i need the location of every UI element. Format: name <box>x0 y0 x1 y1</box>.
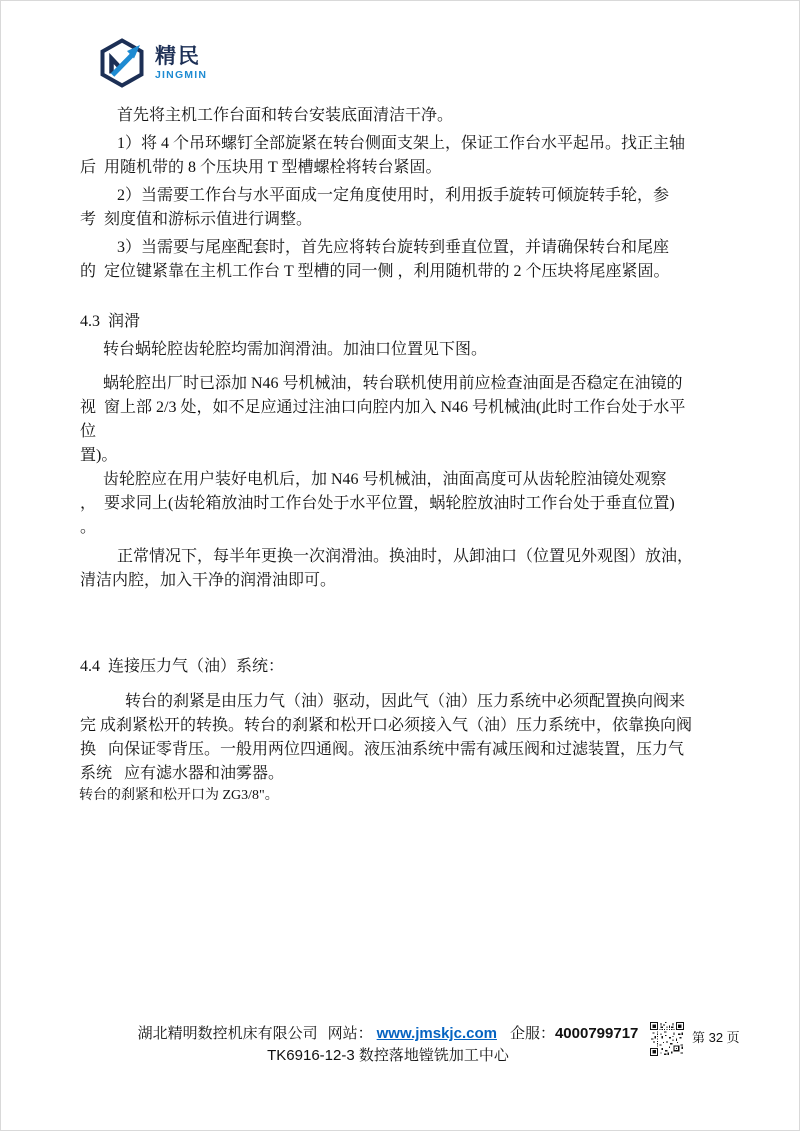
text-line: 2）当需要工作台与水平面成一定角度使用时，利用扳手旋转可倾旋转手轮，参 <box>80 184 728 208</box>
text-line: 视 窗上部 2/3 处，如不足应通过注油口向腔内加入 N46 号机械油(此时工作… <box>80 396 728 420</box>
manual-content: 首先将主机工作台面和转台安装底面清洁干净。 1）将 4 个吊环螺钉全部旋紧在转台… <box>80 104 728 810</box>
text-line: 3）当需要与尾座配套时，首先应将转台旋转到垂直位置，并请确保转台和尾座 <box>80 236 728 260</box>
text-line: 齿轮腔应在用户装好电机后，加 N46 号机械油，油面高度可从齿轮腔油镜处观察 <box>80 468 728 492</box>
logo-text-cn: 精民 <box>155 46 207 67</box>
text-line: 换 向保证零背压。一般用两位四通阀。液压油系统中需有减压阀和过滤装置，压力气 <box>80 738 728 762</box>
paragraph-step-2: 2）当需要工作台与水平面成一定角度使用时，利用扳手旋转可倾旋转手轮，参 考 刻度… <box>80 184 728 232</box>
text-line: 蜗轮腔出厂时已添加 N46 号机械油，转台联机使用前应检查油面是否稳定在油镜的 <box>80 372 728 396</box>
text-line: ， 要求同上(齿轮箱放油时工作台处于水平位置，蜗轮腔放油时工作台处于垂直位置) <box>80 492 728 516</box>
text-line: 。 <box>80 516 728 540</box>
text-line: 后 用随机带的 8 个压块用 T 型槽螺栓将转台紧固。 <box>80 156 728 180</box>
text-line: 系统 应有滤水器和油雾器。 <box>80 762 728 786</box>
section-heading-4-3: 4.3 润滑 <box>80 310 728 334</box>
text-line: 完 成刹紧松开的转换。转台的刹紧和松开口必须接入气（油）压力系统中，依靠换向阀 <box>80 714 728 738</box>
service-label: 企服： <box>510 1025 555 1042</box>
paragraph-gear-chamber-oil: 齿轮腔应在用户装好电机后，加 N46 号机械油，油面高度可从齿轮腔油镜处观察 ，… <box>80 468 728 540</box>
paragraph-port-size: 转台的刹紧和松开口为 ZG3/8"。 <box>79 786 728 806</box>
text-line: 的 定位键紧靠在主机工作台 T 型槽的同一侧 ，利用随机带的 2 个压块将尾座紧… <box>80 260 728 284</box>
text-line: 1）将 4 个吊环螺钉全部旋紧在转台侧面支架上，保证工作台水平起吊。找正主轴 <box>80 132 728 156</box>
text-line: 位 <box>80 420 728 444</box>
service-phone: 4000799717 <box>555 1025 638 1042</box>
paragraph-step-1: 1）将 4 个吊环螺钉全部旋紧在转台侧面支架上，保证工作台水平起吊。找正主轴 后… <box>80 132 728 180</box>
page-number: 第 32 页 <box>692 1027 740 1046</box>
text-line: 考 刻度值和游标示值进行调整。 <box>80 208 728 232</box>
company-name: 湖北精明数控机床有限公司 <box>138 1025 318 1042</box>
paragraph-worm-chamber-oil: 蜗轮腔出厂时已添加 N46 号机械油，转台联机使用前应检查油面是否稳定在油镜的 … <box>80 372 728 468</box>
document-page: 精民 JINGMIN 首先将主机工作台面和转台安装底面清洁干净。 1）将 4 个… <box>0 0 800 1131</box>
paragraph-lubrication-intro: 转台蜗轮腔齿轮腔均需加润滑油。加油口位置见下图。 <box>80 338 728 362</box>
text-line: 转台的刹紧和松开口为 ZG3/8"。 <box>79 786 728 806</box>
logo-text: 精民 JINGMIN <box>155 46 207 81</box>
text-line: 转台的刹紧是由压力气（油）驱动，因此气（油）压力系统中必须配置换向阀来 <box>80 690 728 714</box>
paragraph-step-3: 3）当需要与尾座配套时，首先应将转台旋转到垂直位置，并请确保转台和尾座 的 定位… <box>80 236 728 284</box>
logo-hexagon-icon <box>96 38 148 88</box>
text-line: 首先将主机工作台面和转台安装底面清洁干净。 <box>80 104 728 128</box>
text-line: 转台蜗轮腔齿轮腔均需加润滑油。加油口位置见下图。 <box>80 338 728 362</box>
text-line: 置)。 <box>80 444 728 468</box>
text-line: 清洁内腔，加入干净的润滑油即可。 <box>80 569 728 593</box>
section-heading-4-4: 4.4 连接压力气（油）系统： <box>80 655 728 679</box>
logo: 精民 JINGMIN <box>96 38 207 88</box>
website-label: 网站： <box>328 1025 373 1042</box>
page-footer: 湖北精明数控机床有限公司网站：www.jmskjc.com企服：40007997… <box>0 1024 800 1066</box>
website-link[interactable]: www.jmskjc.com <box>377 1025 497 1042</box>
paragraph-pressure-system: 转台的刹紧是由压力气（油）驱动，因此气（油）压力系统中必须配置换向阀来 完 成刹… <box>80 690 728 786</box>
qr-code <box>650 1022 684 1056</box>
paragraph-clean-surface: 首先将主机工作台面和转台安装底面清洁干净。 <box>80 104 728 128</box>
text-line: 正常情况下，每半年更换一次润滑油。换油时，从卸油口（位置见外观图）放油， <box>80 545 728 569</box>
logo-text-en: JINGMIN <box>155 70 207 81</box>
paragraph-oil-change: 正常情况下，每半年更换一次润滑油。换油时，从卸油口（位置见外观图）放油， 清洁内… <box>80 545 728 593</box>
